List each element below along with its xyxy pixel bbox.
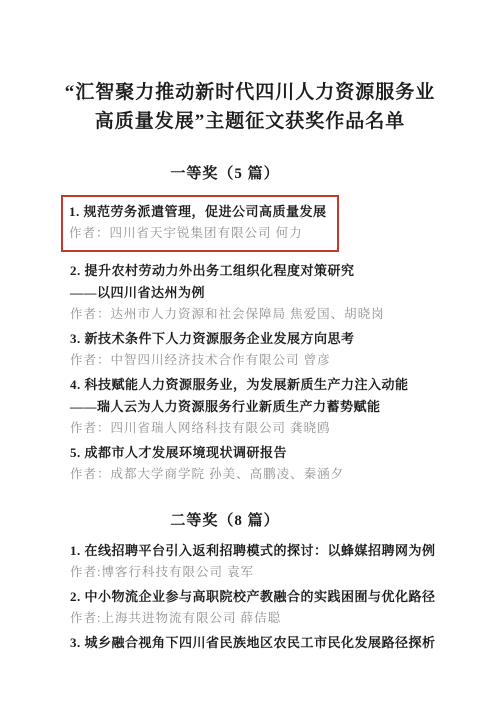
entry-title: 3. 新技术条件下人力资源服务企业发展方向思考 [70, 330, 480, 347]
entry: 5. 成都市人才发展环境现状调研报告作者：成都大学商学院 孙美、高鹏凌、秦涵夕 [70, 444, 480, 483]
entry-title: 4. 科技赋能人力资源服务业，为发展新质生产力注入动能 [70, 376, 480, 393]
entry-title: 3. 城乡融合视角下四川省民族地区农民工市民化发展路径探析 [70, 634, 480, 651]
entry: 2. 提升农村劳动力外出务工组织化程度对策研究——以四川省达州为例作者：达州市人… [70, 262, 480, 323]
section-heading: 二等奖（8 篇） [20, 509, 430, 530]
entry-title: 2. 提升农村劳动力外出务工组织化程度对策研究 [70, 262, 480, 279]
page-title: “汇智聚力推动新时代四川人力资源服务业 高质量发展”主题征文获奖作品名单 [40, 78, 460, 136]
entry-author: 作者:上海共进物流有限公司 薛佶聪 [70, 610, 480, 627]
entry-highlighted: 1. 规范劳务派遣管理，促进公司高质量发展作者：四川省天宇锐集团有限公司 何力 [61, 195, 339, 252]
entry-author: 作者：成都大学商学院 孙美、高鹏凌、秦涵夕 [70, 466, 480, 483]
entry: 2. 中小物流企业参与高职院校产教融合的实践困囿与优化路径作者:上海共进物流有限… [70, 588, 480, 627]
entry-title: 1. 在线招聘平台引入返利招聘模式的探讨：以蜂媒招聘网为例 [70, 542, 480, 559]
award-section: 二等奖（8 篇）1. 在线招聘平台引入返利招聘模式的探讨：以蜂媒招聘网为例作者:… [70, 509, 480, 651]
entry-author: 作者:博客行科技有限公司 袁军 [70, 564, 480, 581]
entry-author: 作者：四川省天宇锐集团有限公司 何力 [69, 225, 327, 242]
entry-author: 作者：达州市人力资源和社会保障局 焦爱国、胡晓岗 [70, 306, 480, 323]
entry: 4. 科技赋能人力资源服务业，为发展新质生产力注入动能——瑞人云为人力资源服务行… [70, 376, 480, 437]
entry-author: 作者：中智四川经济技术合作有限公司 曾彦 [70, 352, 480, 369]
entry: 3. 新技术条件下人力资源服务企业发展方向思考作者：中智四川经济技术合作有限公司… [70, 330, 480, 369]
sections: 一等奖（5 篇）1. 规范劳务派遣管理，促进公司高质量发展作者：四川省天宇锐集团… [0, 162, 500, 651]
document-page: “汇智聚力推动新时代四川人力资源服务业 高质量发展”主题征文获奖作品名单 一等奖… [0, 0, 500, 707]
entry-subtitle: ——以四川省达州为例 [70, 284, 480, 301]
entry-title: 2. 中小物流企业参与高职院校产教融合的实践困囿与优化路径 [70, 588, 480, 605]
page-title-line-1: “汇智聚力推动新时代四川人力资源服务业 [40, 78, 460, 107]
entry-title: 5. 成都市人才发展环境现状调研报告 [70, 444, 480, 461]
entry-author: 作者：四川省瑞人网络科技有限公司 龚晓鸥 [70, 420, 480, 437]
entry: 3. 城乡融合视角下四川省民族地区农民工市民化发展路径探析 [70, 634, 480, 651]
entry-title: 1. 规范劳务派遣管理，促进公司高质量发展 [69, 203, 327, 220]
page-title-line-2: 高质量发展”主题征文获奖作品名单 [40, 107, 460, 136]
entry: 1. 在线招聘平台引入返利招聘模式的探讨：以蜂媒招聘网为例作者:博客行科技有限公… [70, 542, 480, 581]
section-heading: 一等奖（5 篇） [20, 162, 430, 183]
entry-subtitle: ——瑞人云为人力资源服务行业新质生产力蓄势赋能 [70, 398, 480, 415]
award-section: 一等奖（5 篇）1. 规范劳务派遣管理，促进公司高质量发展作者：四川省天宇锐集团… [70, 162, 480, 483]
